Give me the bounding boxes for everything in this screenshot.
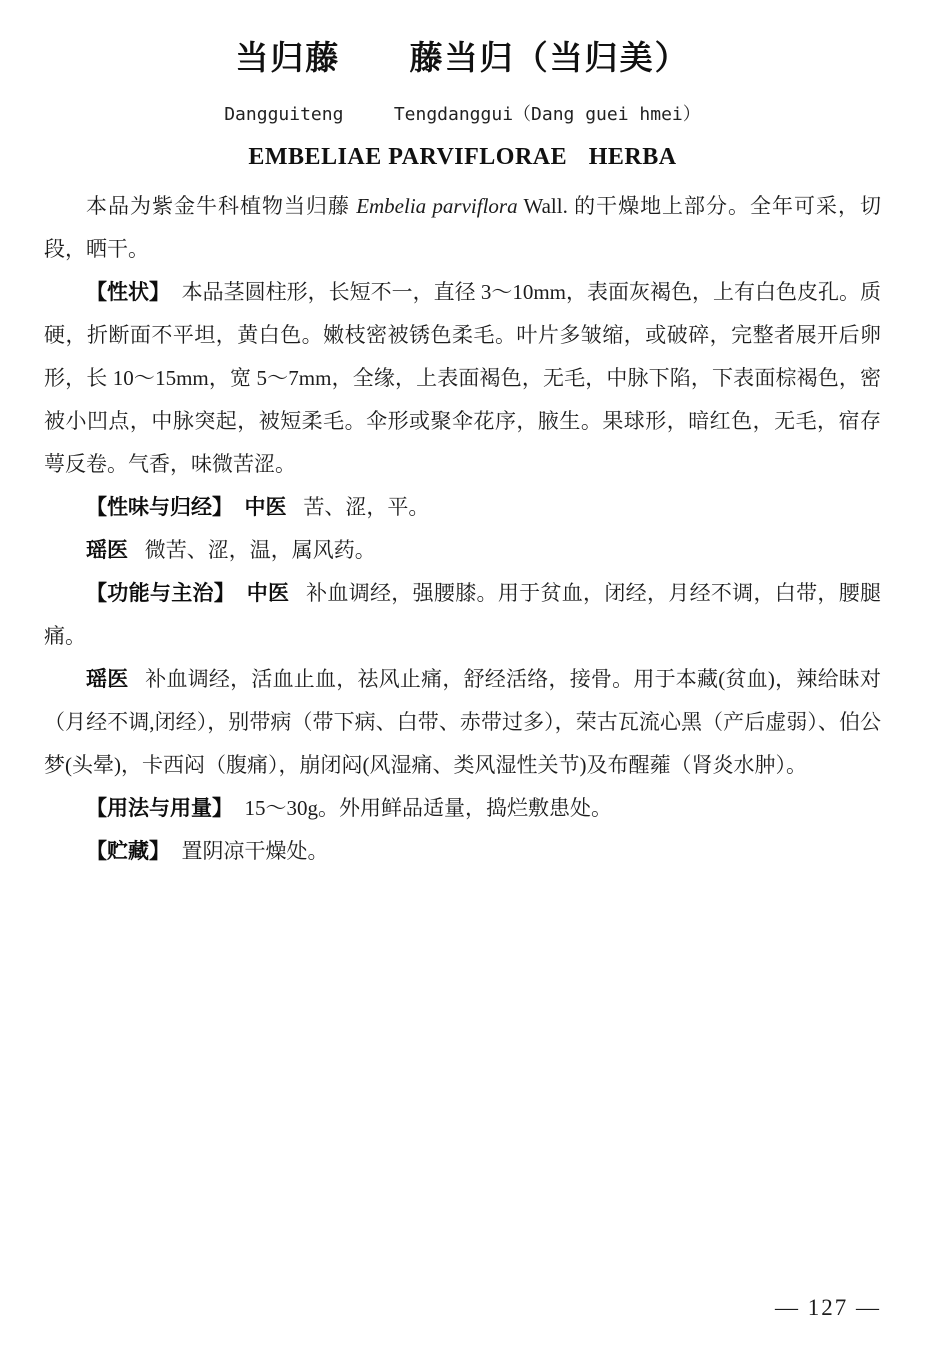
intro-text-pre: 本品为紫金牛科植物当归藤 bbox=[86, 194, 356, 218]
pinyin-alias: Tengdanggui（Dang guei hmei） bbox=[394, 104, 701, 125]
document-page: 当归藤藤当归（当归美） DangguitengTengdanggui（Dang … bbox=[0, 0, 927, 1353]
title-alias: 藤当归（当归美） bbox=[410, 39, 690, 76]
section-label-property-meridian: 【性味与归经】 bbox=[86, 496, 233, 519]
section-label-storage: 【贮藏】 bbox=[86, 840, 170, 863]
latin-part: HERBA bbox=[589, 144, 677, 170]
paragraph-function-yao: 瑶医补血调经，活血止血，祛风止痛，舒经活络，接骨。用于本藏(贫血)，辣给昧对（月… bbox=[44, 658, 881, 787]
page-title: 当归藤藤当归（当归美） bbox=[44, 38, 881, 78]
section-label-dosage: 【用法与用量】 bbox=[86, 797, 233, 820]
paragraph-property-meridian-yao: 瑶医微苦、涩，温，属风药。 bbox=[44, 529, 881, 572]
chinese-medicine-label: 中医 bbox=[245, 496, 287, 519]
page-number: — 127 — bbox=[775, 1295, 881, 1321]
yao-medicine-label: 瑶医 bbox=[86, 539, 128, 562]
paragraph-function-cm: 【功能与主治】中医补血调经，强腰膝。用于贫血，闭经，月经不调，白带，腰腿痛。 bbox=[44, 572, 881, 658]
pinyin-main: Dangguiteng bbox=[224, 104, 343, 125]
chinese-medicine-label: 中医 bbox=[247, 582, 290, 605]
section-label-description: 【性状】 bbox=[86, 281, 170, 304]
article-body: 本品为紫金牛科植物当归藤 Embelia parviflora Wall. 的干… bbox=[44, 185, 881, 873]
paragraph-description: 【性状】本品茎圆柱形，长短不一，直径 3～10mm，表面灰褐色，上有白色皮孔。质… bbox=[44, 271, 881, 486]
function-yao-text: 补血调经，活血止血，祛风止痛，舒经活络，接骨。用于本藏(贫血)，辣给昧对（月经不… bbox=[44, 667, 881, 777]
latin-genus: EMBELIAE PARVIFLORAE bbox=[248, 144, 567, 170]
section-label-function: 【功能与主治】 bbox=[86, 582, 235, 605]
property-cm-text: 苦、涩，平。 bbox=[303, 495, 429, 519]
description-text: 本品茎圆柱形，长短不一，直径 3～10mm，表面灰褐色，上有白色皮孔。质硬，折断… bbox=[44, 280, 881, 476]
title-main: 当归藤 bbox=[235, 39, 340, 76]
yao-medicine-label: 瑶医 bbox=[86, 668, 128, 691]
intro-paragraph: 本品为紫金牛科植物当归藤 Embelia parviflora Wall. 的干… bbox=[44, 185, 881, 271]
property-yao-text: 微苦、涩，温，属风药。 bbox=[145, 538, 376, 562]
latin-name-heading: EMBELIAE PARVIFLORAEHERBA bbox=[44, 143, 881, 171]
storage-text: 置阴凉干燥处。 bbox=[182, 839, 329, 863]
dosage-text: 15～30g。外用鲜品适量，捣烂敷患处。 bbox=[245, 796, 613, 820]
pinyin-line: DangguitengTengdanggui（Dang guei hmei） bbox=[44, 104, 881, 126]
paragraph-dosage: 【用法与用量】15～30g。外用鲜品适量，捣烂敷患处。 bbox=[44, 787, 881, 830]
paragraph-storage: 【贮藏】置阴凉干燥处。 bbox=[44, 830, 881, 873]
species-latin-name: Embelia parviflora bbox=[356, 194, 517, 218]
paragraph-property-meridian-cm: 【性味与归经】中医苦、涩，平。 bbox=[44, 486, 881, 529]
